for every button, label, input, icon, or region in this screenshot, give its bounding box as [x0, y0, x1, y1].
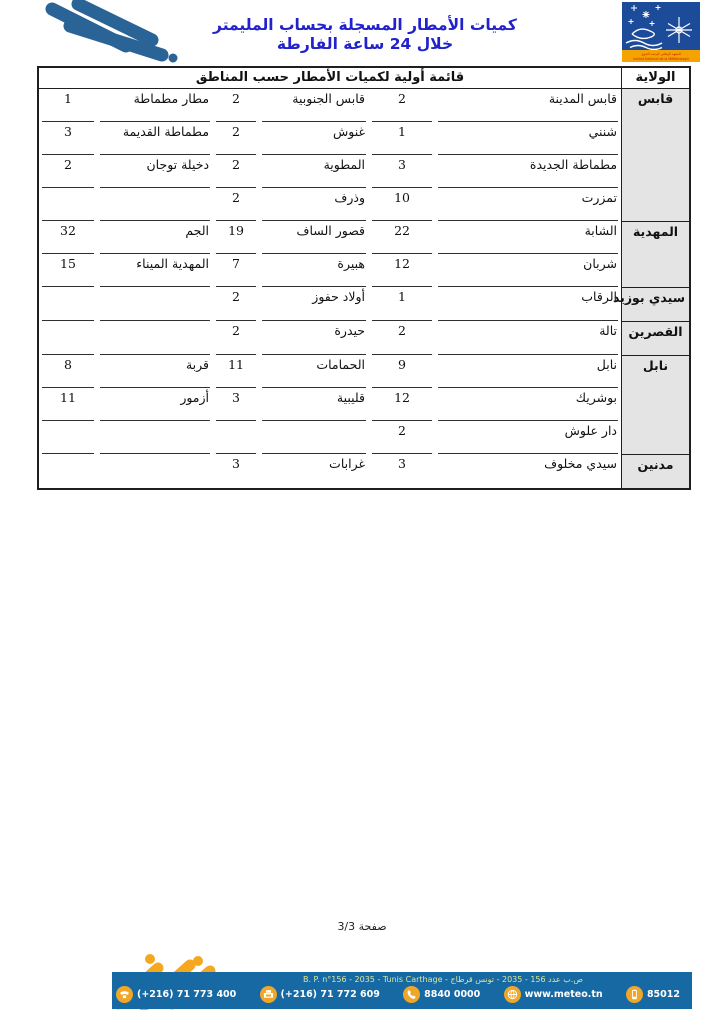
station-name-cell	[97, 454, 213, 488]
contact-label: 8840 0000	[424, 989, 480, 1000]
station-name-cell: هبيرة	[259, 254, 369, 287]
contact-callcenter: 8840 0000	[403, 986, 480, 1003]
rainfall-value-cell: 3	[369, 155, 435, 188]
rainfall-value-cell	[39, 421, 97, 454]
rainfall-value-cell: 2	[213, 122, 259, 155]
station-name-cell: مطماطة الجديدة	[435, 155, 621, 188]
rainfall-value-cell: 2	[213, 321, 259, 355]
station-name-cell: تمزرت	[435, 188, 621, 221]
table-row: شنني1غنوش2مطماطة القديمة3	[39, 122, 689, 155]
table-row: مطماطة الجديدة3المطوية2دخيلة توجان2	[39, 155, 689, 188]
table-row: المهديةالشابة22قصور الساف19الجم32	[39, 221, 689, 254]
rainfall-value-cell: 12	[369, 388, 435, 421]
station-name-cell: قابس المدينة	[435, 89, 621, 122]
rainfall-value-cell: 2	[213, 89, 259, 122]
contact-label: (+216) 71 773 400	[137, 989, 236, 1000]
governorate-cell: سيدي بوزيد	[621, 287, 689, 321]
rainfall-value-cell: 2	[369, 321, 435, 355]
station-name-cell: قابس الجنوبية	[259, 89, 369, 122]
postal-address: B. P. n°156 - 2035 - Tunis Carthage - ص.…	[112, 972, 692, 984]
rainfall-value-cell: 1	[369, 287, 435, 321]
station-name-cell: شربان	[435, 254, 621, 287]
rainfall-value-cell: 3	[369, 454, 435, 488]
station-name-cell: بوشريك	[435, 388, 621, 421]
station-name-cell: دار علوش	[435, 421, 621, 454]
station-name-cell	[97, 188, 213, 221]
rainfall-value-cell	[213, 421, 259, 454]
station-name-cell: الحمامات	[259, 355, 369, 388]
rainfall-value-cell: 3	[39, 122, 97, 155]
station-name-cell: أزمور	[97, 388, 213, 421]
rainfall-value-cell: 11	[39, 388, 97, 421]
rainfall-value-cell: 7	[213, 254, 259, 287]
table-row: مدنينسيدي مخلوف3غرابات3	[39, 454, 689, 488]
station-name-cell: نابل	[435, 355, 621, 388]
station-name-cell	[97, 421, 213, 454]
rainfall-value-cell	[39, 321, 97, 355]
page-number: صفحة 3/3	[0, 920, 724, 933]
contact-phone: (+216) 71 773 400	[116, 986, 236, 1003]
contact-website: www.meteo.tn	[504, 986, 603, 1003]
inm-caption-ar: المعهد الوطني للرصد الجوي	[641, 52, 681, 56]
station-name-cell: قربة	[97, 355, 213, 388]
page-title: كميات الأمطار المسجلة بحساب المليمتر خلا…	[150, 16, 580, 54]
table-header-row: الولاية قائمة أولية لكميات الأمطار حسب ا…	[39, 68, 689, 89]
station-name-cell: قليبية	[259, 388, 369, 421]
inm-institute-logo: المعهد الوطني للرصد الجوي Institut Natio…	[622, 2, 700, 62]
rainfall-value-cell: 1	[39, 89, 97, 122]
station-name-cell: أولاد حفوز	[259, 287, 369, 321]
rainfall-value-cell: 15	[39, 254, 97, 287]
rainfall-value-cell: 2	[213, 188, 259, 221]
station-name-cell	[97, 321, 213, 355]
station-name-cell: تالة	[435, 321, 621, 355]
station-name-cell: مطماطة القديمة	[97, 122, 213, 155]
mobile-icon	[626, 986, 643, 1003]
rainfall-value-cell: 11	[213, 355, 259, 388]
governorate-cell: مدنين	[621, 454, 689, 488]
footer-contacts: (+216) 71 773 400 (+216) 71 772 609	[112, 984, 692, 1003]
page-number-label: صفحة 3/3	[337, 920, 386, 933]
rainfall-value-cell: 2	[213, 287, 259, 321]
table-row: نابلنابل9الحمامات11قربة8	[39, 355, 689, 388]
rainfall-value-cell	[39, 287, 97, 321]
rainfall-value-cell: 2	[213, 155, 259, 188]
document-page: كميات الأمطار المسجلة بحساب المليمتر خلا…	[0, 0, 724, 1024]
station-name-cell: الجم	[97, 221, 213, 254]
rainfall-value-cell: 10	[369, 188, 435, 221]
station-name-cell: حيدرة	[259, 321, 369, 355]
governorate-cell: المهدية	[621, 221, 689, 287]
rainfall-value-cell: 1	[369, 122, 435, 155]
rain-table-body: الولاية قائمة أولية لكميات الأمطار حسب ا…	[39, 68, 689, 488]
table-main-header: قائمة أولية لكميات الأمطار حسب المناطق	[39, 68, 621, 89]
governorate-cell: القصرين	[621, 321, 689, 355]
table-row: دار علوش2	[39, 421, 689, 454]
title-line-2: خلال 24 ساعة الفارطة	[150, 35, 580, 54]
station-name-cell: غرابات	[259, 454, 369, 488]
rainfall-value-cell: 2	[39, 155, 97, 188]
rainfall-value-cell: 32	[39, 221, 97, 254]
contact-label: www.meteo.tn	[525, 989, 603, 1000]
governorate-cell: نابل	[621, 355, 689, 454]
rainfall-value-cell	[39, 454, 97, 488]
rainfall-value-cell: 22	[369, 221, 435, 254]
rainfall-value-cell: 2	[369, 421, 435, 454]
inm-caption-fr: Institut National de la Météorologie	[633, 57, 689, 61]
globe-icon	[504, 986, 521, 1003]
station-name-cell: المطوية	[259, 155, 369, 188]
rainfall-value-cell: 19	[213, 221, 259, 254]
rainfall-table: الولاية قائمة أولية لكميات الأمطار حسب ا…	[37, 66, 691, 490]
governorate-cell: قابس	[621, 89, 689, 221]
rainfall-value-cell: 12	[369, 254, 435, 287]
governorate-column-header: الولاية	[621, 68, 689, 89]
station-name-cell: شنني	[435, 122, 621, 155]
station-name-cell: وذرف	[259, 188, 369, 221]
table-row: بوشريك12قليبية3أزمور11	[39, 388, 689, 421]
rainfall-value-cell: 3	[213, 388, 259, 421]
rainfall-value-cell: 8	[39, 355, 97, 388]
station-name-cell: الرقاب	[435, 287, 621, 321]
table-row: قابسقابس المدينة2قابس الجنوبية2مطار مطما…	[39, 89, 689, 122]
rainfall-value-cell	[39, 188, 97, 221]
contact-sms: 85012	[626, 986, 680, 1003]
rainfall-value-cell: 9	[369, 355, 435, 388]
table-row: تمزرت10وذرف2	[39, 188, 689, 221]
fax-icon	[260, 986, 277, 1003]
station-name-cell: المهدية الميناء	[97, 254, 213, 287]
rainfall-value-cell: 2	[369, 89, 435, 122]
station-name-cell	[97, 287, 213, 321]
station-name-cell: سيدي مخلوف	[435, 454, 621, 488]
footer-contact-bar: B. P. n°156 - 2035 - Tunis Carthage - ص.…	[112, 972, 692, 1009]
rainfall-value-cell: 3	[213, 454, 259, 488]
station-name-cell: دخيلة توجان	[97, 155, 213, 188]
station-name-cell: قصور الساف	[259, 221, 369, 254]
station-name-cell: غنوش	[259, 122, 369, 155]
contact-fax: (+216) 71 772 609	[260, 986, 380, 1003]
table-row: سيدي بوزيدالرقاب1أولاد حفوز2	[39, 287, 689, 321]
station-name-cell: مطار مطماطة	[97, 89, 213, 122]
contact-label: 85012	[647, 989, 680, 1000]
handset-icon	[403, 986, 420, 1003]
contact-label: (+216) 71 772 609	[281, 989, 380, 1000]
station-name-cell: الشابة	[435, 221, 621, 254]
title-line-1: كميات الأمطار المسجلة بحساب المليمتر	[150, 16, 580, 35]
phone-icon	[116, 986, 133, 1003]
station-name-cell	[259, 421, 369, 454]
table-row: شربان12هبيرة7المهدية الميناء15	[39, 254, 689, 287]
table-row: القصرينتالة2حيدرة2	[39, 321, 689, 355]
